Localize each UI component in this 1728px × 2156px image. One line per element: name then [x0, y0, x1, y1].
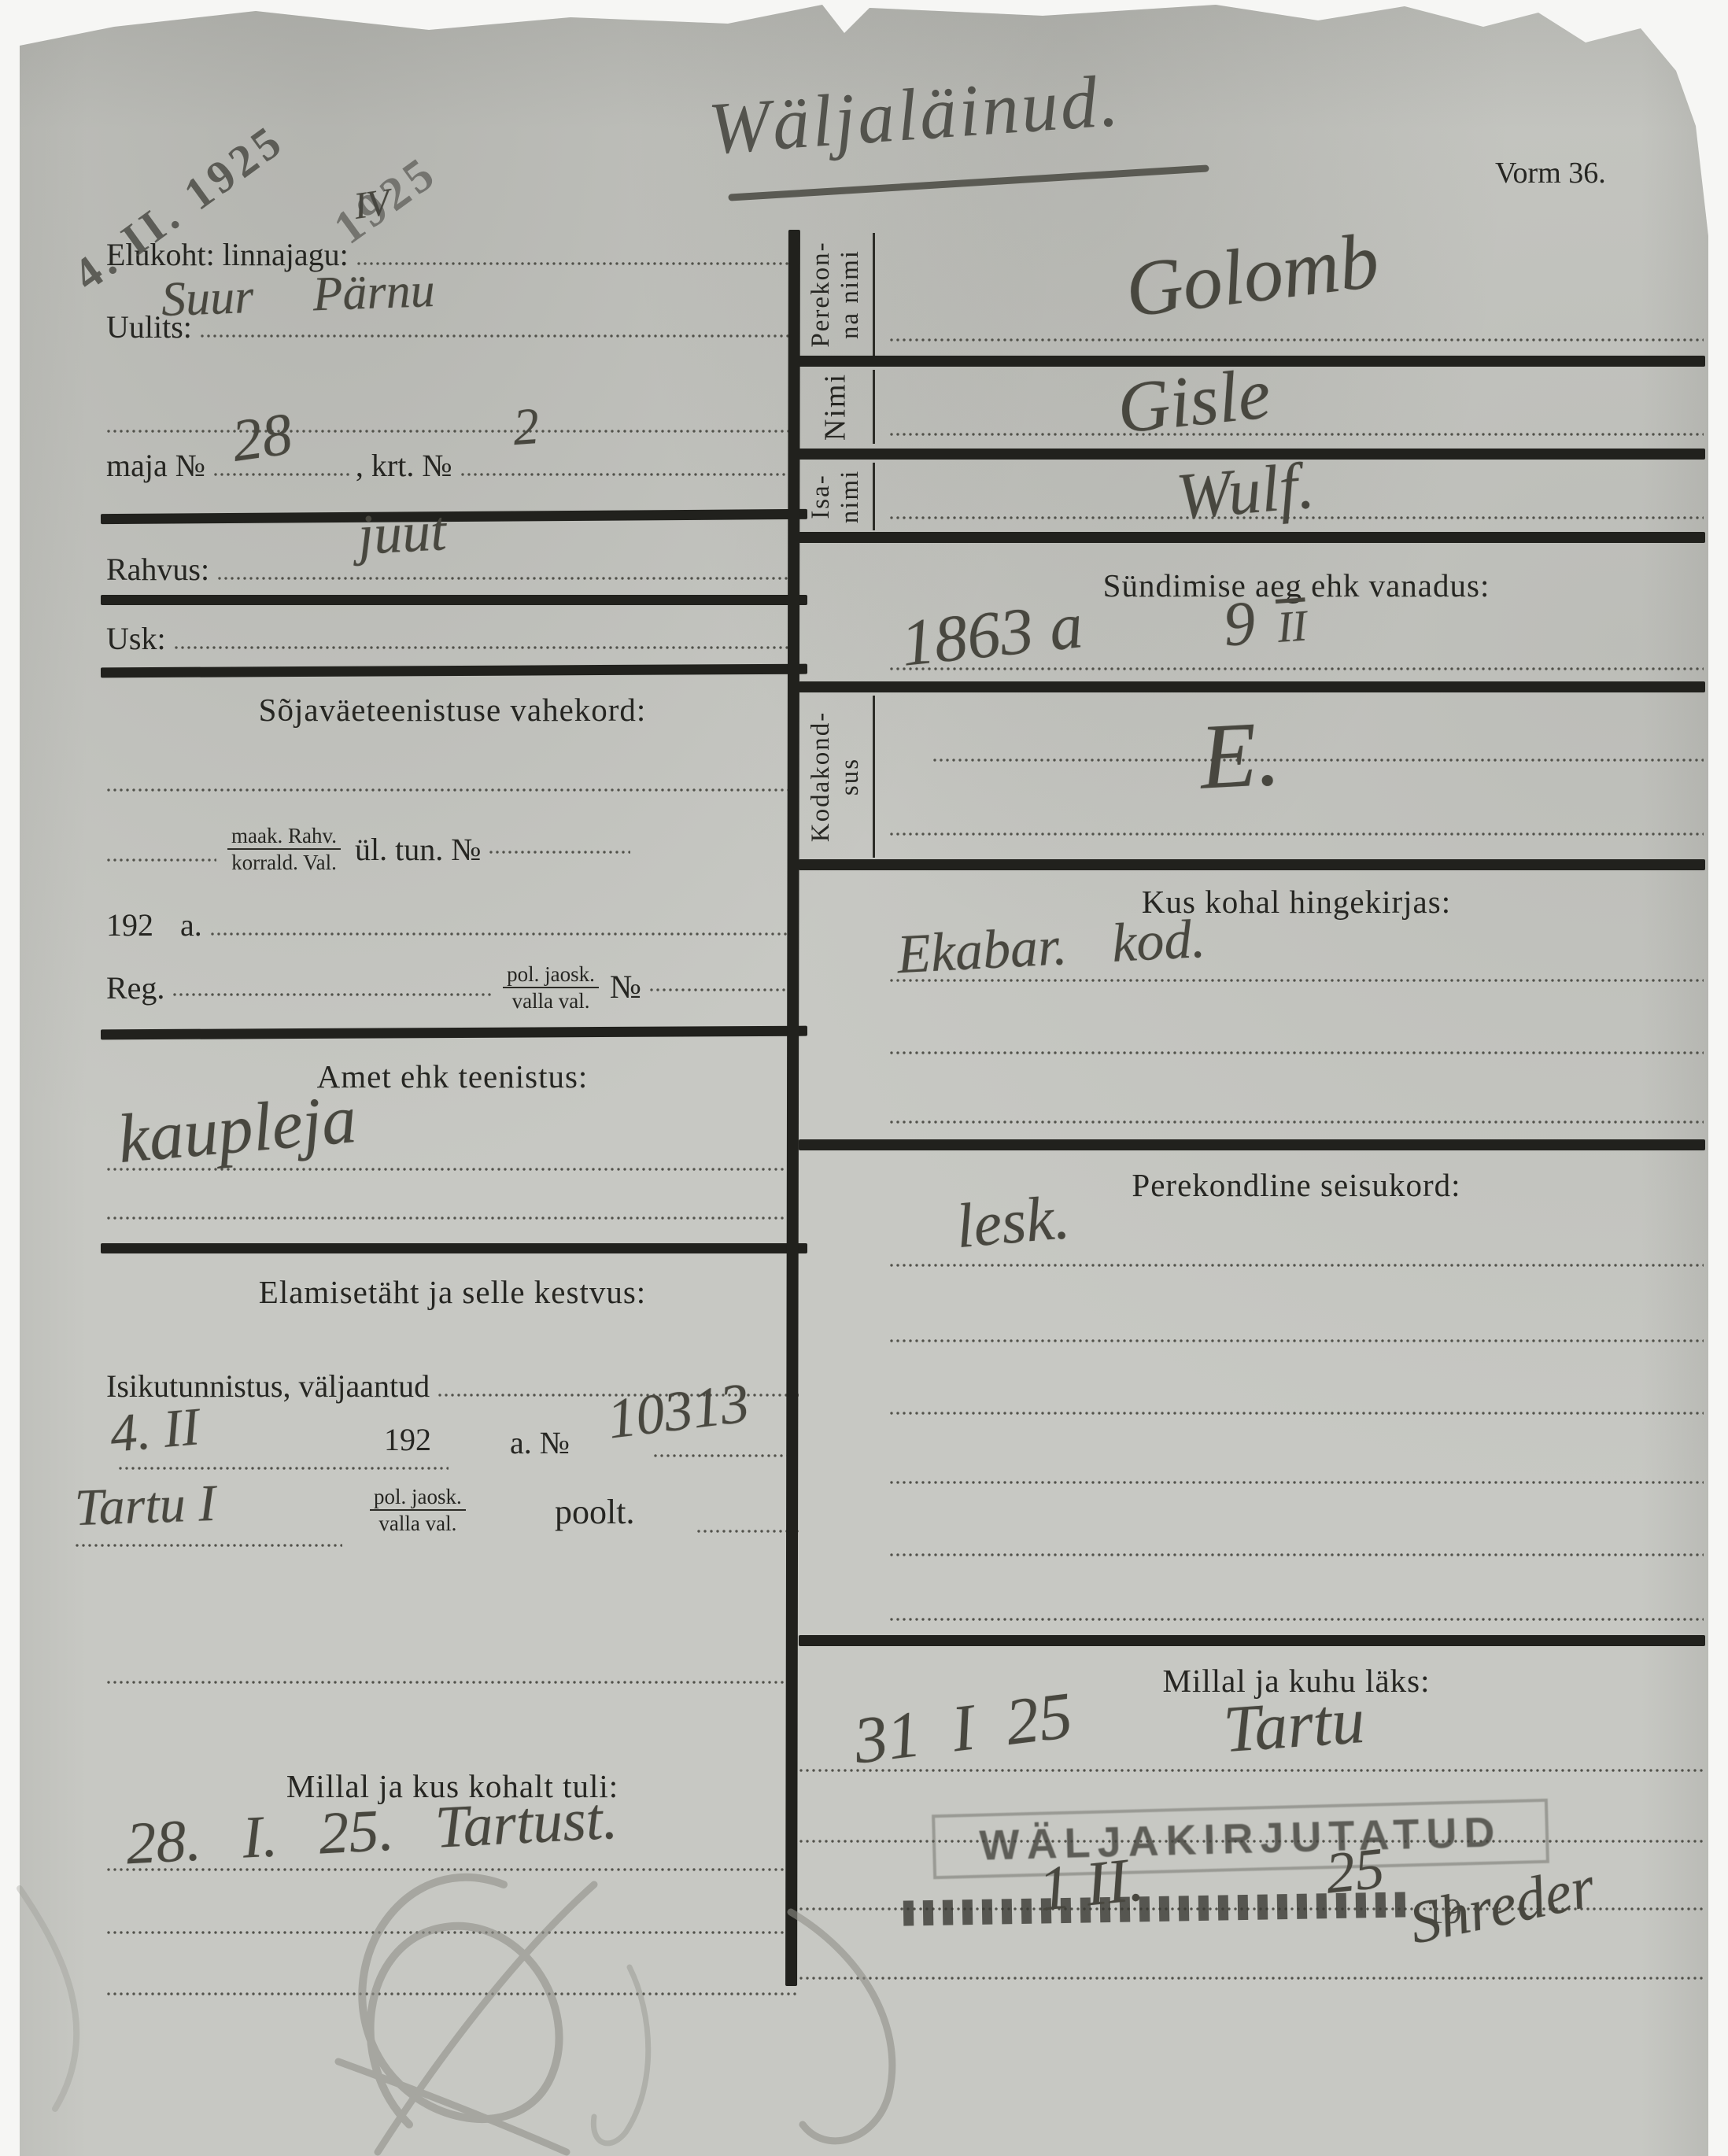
elamisetaht-header: Elamisetäht ja selle kestvus:: [106, 1273, 799, 1311]
sojavae-header: Sõjaväeteenistuse vahekord:: [106, 691, 799, 729]
krt-value: 2: [511, 397, 541, 458]
kodakondsus-value: E.: [1198, 700, 1283, 810]
isanimi-value: Wulf.: [1173, 448, 1317, 536]
dotted-line: [213, 473, 351, 476]
tartu-value: Tartu I: [74, 1474, 217, 1538]
ruled-line: [889, 832, 1704, 836]
isiku-year-label: 192: [384, 1421, 431, 1458]
divider-bar: [101, 1243, 807, 1253]
dotted-line: [172, 993, 492, 996]
maak-fraction: maak. Rahv. korrald. Val.: [227, 823, 341, 876]
sundimise-month: II: [1276, 601, 1309, 652]
nimi-label: Nimi: [819, 373, 853, 441]
pol-fraction-2: pol. jaosk. valla val.: [370, 1484, 466, 1537]
blank-line: [106, 1992, 799, 1995]
sundimise-daymonth-value: 9 II: [1221, 584, 1309, 661]
blank-line: [889, 1120, 1704, 1124]
poolt-label: poolt.: [555, 1492, 634, 1532]
divider-bar: [799, 532, 1705, 543]
dotted-line: [217, 577, 799, 580]
isiku-date-value: 4. II: [108, 1395, 202, 1465]
ul-tun-label: ül. tun. №: [355, 831, 481, 868]
dotted-line: [174, 646, 799, 649]
sundimise-day: 9: [1221, 589, 1257, 660]
perekonnanimi-label: Perekon- na nimi: [807, 241, 865, 347]
blank-line: [106, 1931, 799, 1934]
no-label: №: [610, 969, 641, 1006]
kodakondsus-label-line1: Kodakond-: [807, 711, 836, 842]
reg-label: Reg.: [106, 969, 164, 1006]
field-usk: Usk:: [106, 620, 799, 657]
laks-stamp-year: 25: [1323, 1835, 1387, 1907]
field-reg: Reg. pol. jaosk. valla val. №: [106, 962, 799, 1014]
blank-line: [889, 1339, 1704, 1342]
field-elukoht: Elukoht: linnajagu:: [106, 236, 799, 273]
pol-fraction: pol. jaosk. valla val.: [503, 962, 599, 1014]
maja-label: maja №: [106, 447, 205, 484]
amet-header: Amet ehk teenistus:: [106, 1058, 799, 1095]
maak-fraction-bottom: korrald. Val.: [227, 850, 341, 875]
field-ul-tun: maak. Rahv. korrald. Val. ül. tun. №: [106, 823, 799, 876]
dotted-line: [75, 1544, 342, 1547]
blank-line: [889, 1618, 1704, 1621]
perekonnanimi-label-line2: na nimi: [836, 241, 865, 347]
isanimi-label-line2: nimi: [836, 470, 865, 524]
isanimi-label: Isa- nimi: [807, 470, 865, 524]
usk-label: Usk:: [106, 620, 166, 657]
isiku-no-prefix: a. №: [510, 1424, 570, 1461]
dotted-line: [696, 1530, 799, 1533]
divider-bar: [799, 859, 1705, 870]
isanimi-label-line1: Isa-: [807, 470, 836, 524]
kodakondsus-label-line2: sus: [836, 711, 865, 842]
blank-line: [106, 1216, 799, 1220]
blank-line: [889, 1051, 1704, 1054]
dotted-line: [489, 851, 630, 854]
krt-label: , krt. №: [356, 447, 452, 484]
field-maja-krt: maja № , krt. №: [106, 447, 799, 484]
pol-fraction-top: pol. jaosk.: [370, 1484, 466, 1511]
blank-line: [889, 1481, 1704, 1484]
nimi-label-cell: Nimi: [799, 370, 875, 444]
field-rahvus: Rahvus:: [106, 551, 799, 588]
ruled-line: [799, 1977, 1704, 1980]
pol-fraction-bottom: valla val.: [370, 1511, 466, 1536]
maak-fraction-top: maak. Rahv.: [227, 823, 341, 850]
blank-line: [889, 1412, 1704, 1415]
dotted-line: [653, 1454, 799, 1457]
kodakondsus-label-cell: Kodakond- sus: [799, 696, 875, 858]
perekonnanimi-label-line1: Perekon-: [807, 241, 836, 347]
hingekirjas-header: Kus kohal hingekirjas:: [889, 883, 1704, 921]
year-label: 192: [106, 906, 153, 943]
rahvus-value: juut: [356, 498, 448, 568]
form-number: Vorm 36.: [1495, 156, 1606, 190]
laks-stamp-date: 1 II.: [1036, 1844, 1147, 1925]
divider-bar: [101, 595, 807, 605]
dotted-line: [210, 932, 799, 936]
ruled-line: [932, 759, 1704, 762]
dotted-line: [649, 988, 799, 991]
ruled-line: [889, 433, 1704, 436]
ruled-line: [889, 338, 1704, 341]
uulits-value: Suur Pärnu: [161, 263, 436, 328]
ruled-line: [889, 1264, 1704, 1267]
kodakondsus-label: Kodakond- sus: [807, 711, 865, 842]
blank-line: [106, 1681, 799, 1684]
blank-line: [106, 788, 799, 792]
perekonnanimi-label-cell: Perekon- na nimi: [799, 233, 875, 356]
divider-bar: [799, 681, 1705, 692]
dotted-line: [460, 473, 799, 476]
dotted-line: [118, 1467, 449, 1470]
dotted-line: [200, 334, 799, 338]
isanimi-label-cell: Isa- nimi: [799, 463, 875, 530]
year-suffix: a.: [180, 906, 202, 943]
rahvus-label: Rahvus:: [106, 551, 209, 588]
seisukord-value: lesk.: [953, 1182, 1073, 1263]
pol-fraction-bottom: valla val.: [503, 988, 599, 1013]
maja-value: 28: [227, 400, 296, 476]
field-year: 192 a.: [106, 906, 799, 943]
divider-bar: [799, 1139, 1705, 1150]
divider-bar: [799, 1635, 1705, 1646]
dotted-line: [106, 858, 216, 862]
nimi-value: Gisle: [1113, 351, 1274, 450]
scanned-document-page: { "page": { "stamp_date": "4. II. 1925",…: [0, 0, 1728, 2156]
pol-fraction-top: pol. jaosk.: [503, 962, 599, 988]
blank-line: [106, 430, 799, 433]
blank-line: [889, 1553, 1704, 1556]
laks-place-value: Tartu: [1221, 1682, 1367, 1768]
